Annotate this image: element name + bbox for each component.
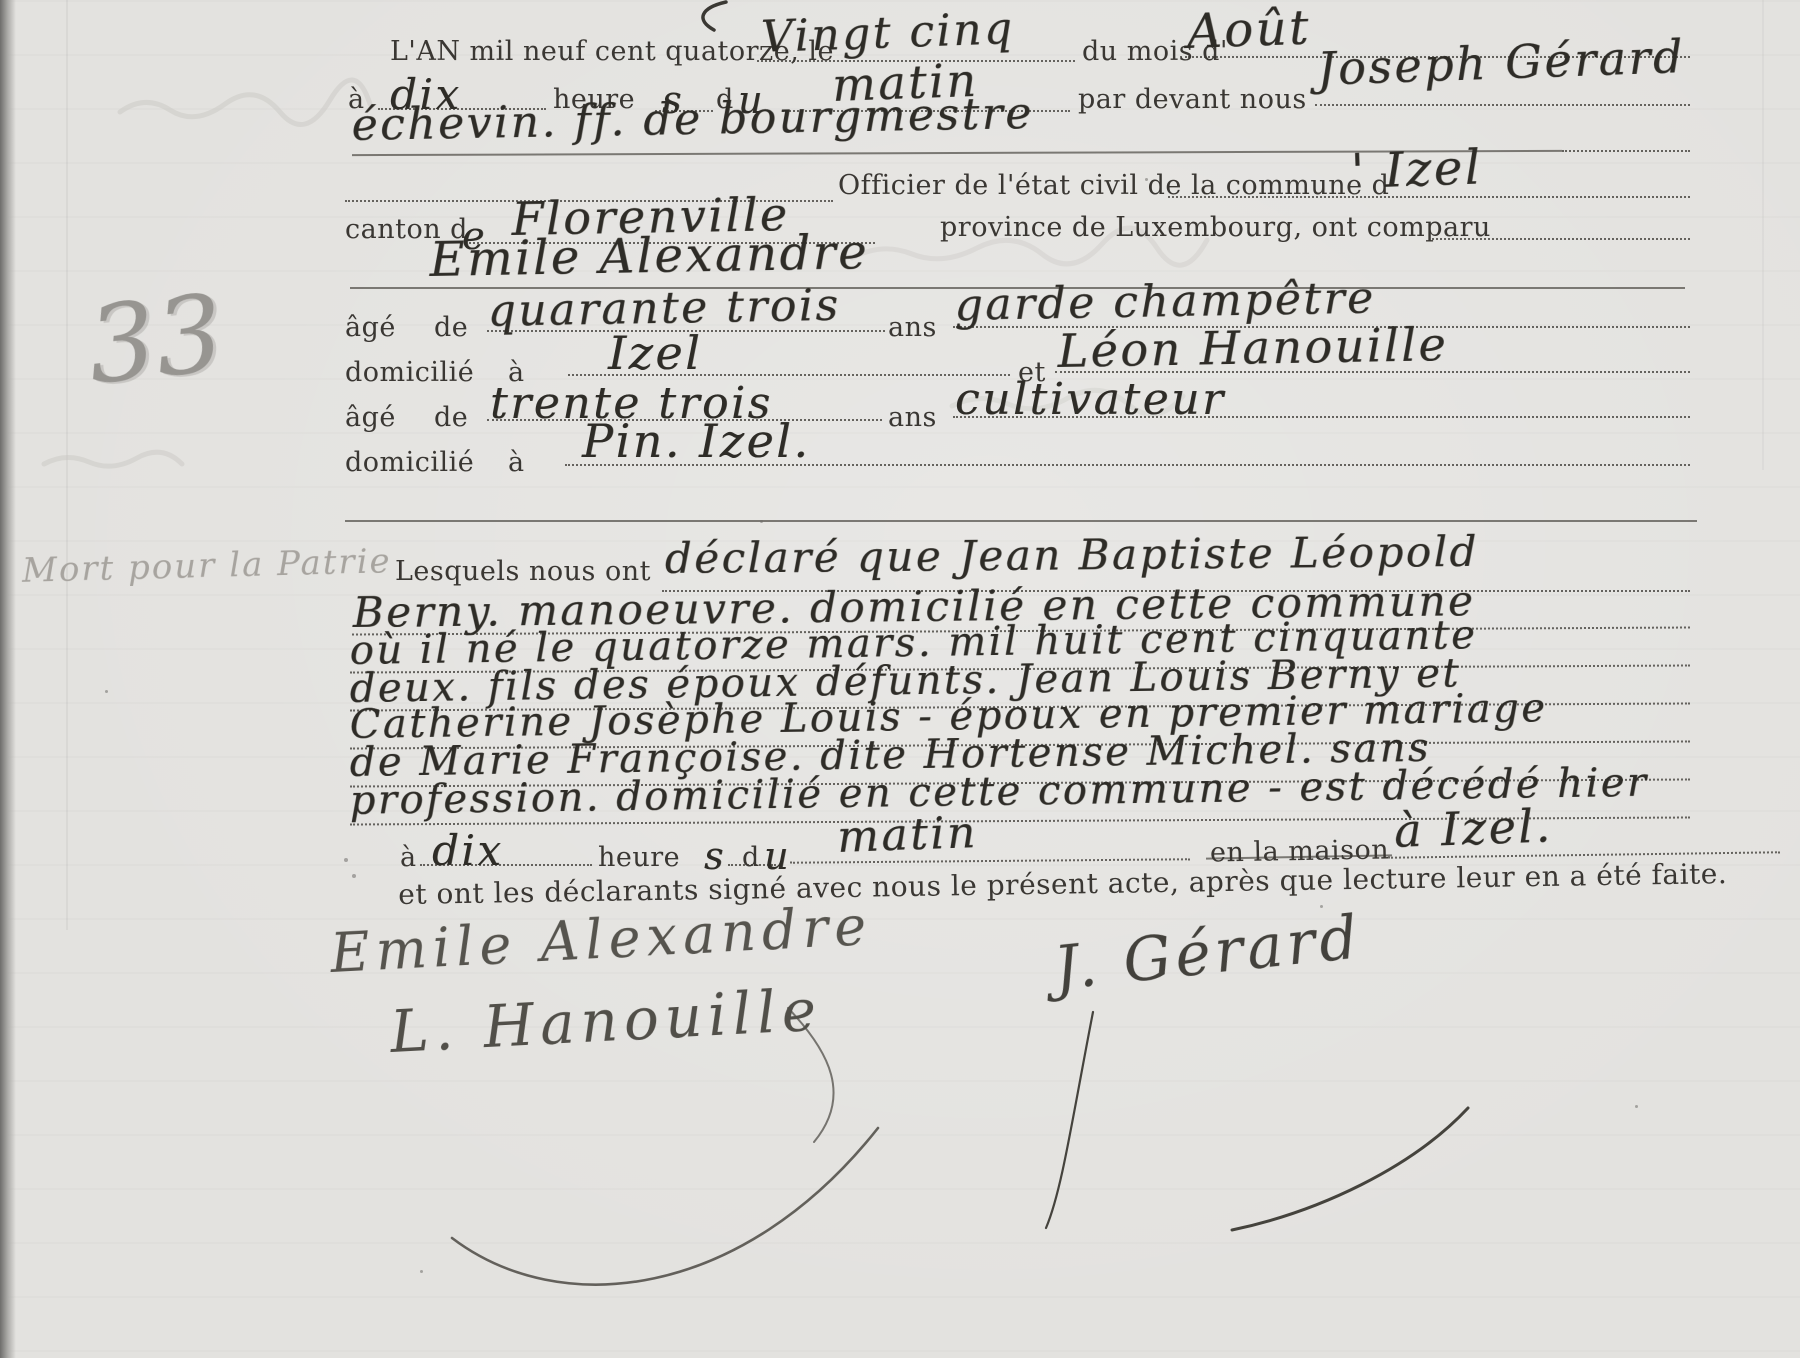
printed-label-par-devant-nous: par devant nous [1078,84,1307,115]
printed-label-ans: ans [888,402,937,433]
margin-annotation-mort-pour-la-patrie: Mort pour la Patrie [22,541,393,591]
printed-label-province: province de Luxembourg, ont comparu [940,212,1491,243]
right-crease-line [1762,0,1764,470]
printed-label-age: âgé [345,402,396,433]
printed-label-de: de [434,312,468,343]
printed-label-de: de [434,402,468,433]
handwritten-commune: ' Izel [1350,139,1483,200]
page-edge-shadow [0,0,16,1358]
ink-speck [420,1270,423,1273]
ink-speck [1635,1105,1638,1108]
handwritten-declarant2-domicile: Pin. Izel. [582,414,811,468]
ink-speck [105,690,108,693]
margin-fold-line [66,0,68,930]
form-rule [345,520,1697,522]
handwritten-declarant1-name: Emile Alexandre [429,224,869,288]
handwritten-officer-title: échevin. ff. de bourgmestre [351,88,1034,151]
printed-label-heure: heure [598,842,680,873]
signature-declarant2: L. Hanouille [388,975,823,1066]
form-rule [1562,150,1690,152]
cutoff-pen-stroke [703,2,726,30]
printed-label-d: d [742,842,760,873]
ink-speck [352,874,356,878]
handwritten-s: s [704,834,726,878]
ink-speck [760,520,763,523]
printed-label-officier-etat-civil: Officier de l'état civil de la commune d [838,170,1389,201]
act-number: 33 [82,271,229,407]
printed-label-ans: ans [888,312,937,343]
handwritten-officer-name: Joseph Gérard [1316,29,1686,96]
handwritten-death-hour: dix [432,826,504,875]
printed-label-domicilie: domicilié [345,357,474,388]
handwritten-death-period: matin [836,807,978,863]
handwritten-death-place: à Izel. [1393,799,1553,858]
handwritten-declarant2-profession: cultivateur [955,374,1226,425]
handwritten-declarant1-domicile: Izel [608,326,702,380]
printed-label-age: âgé [345,312,396,343]
ink-speck [344,858,348,862]
death-record-scan: 33 Mort pour la Patrie L'AN mil neuf cen… [0,0,1800,1358]
ink-speck [1145,178,1148,181]
printed-label-domicilie: domicilié [345,447,474,478]
handwritten-declarant2-name: Léon Hanouille [1057,317,1448,378]
handwritten-declaration-line1: déclaré que Jean Baptiste Léopold [665,527,1479,583]
signature-officer: J. Gérard [1051,902,1365,1004]
handwritten-month: Août [1186,0,1312,60]
printed-label-lesquels: Lesquels nous ont [395,556,651,587]
printed-label-a: à [400,842,417,873]
form-rule [1315,104,1690,106]
printed-label-a: à [508,447,525,478]
